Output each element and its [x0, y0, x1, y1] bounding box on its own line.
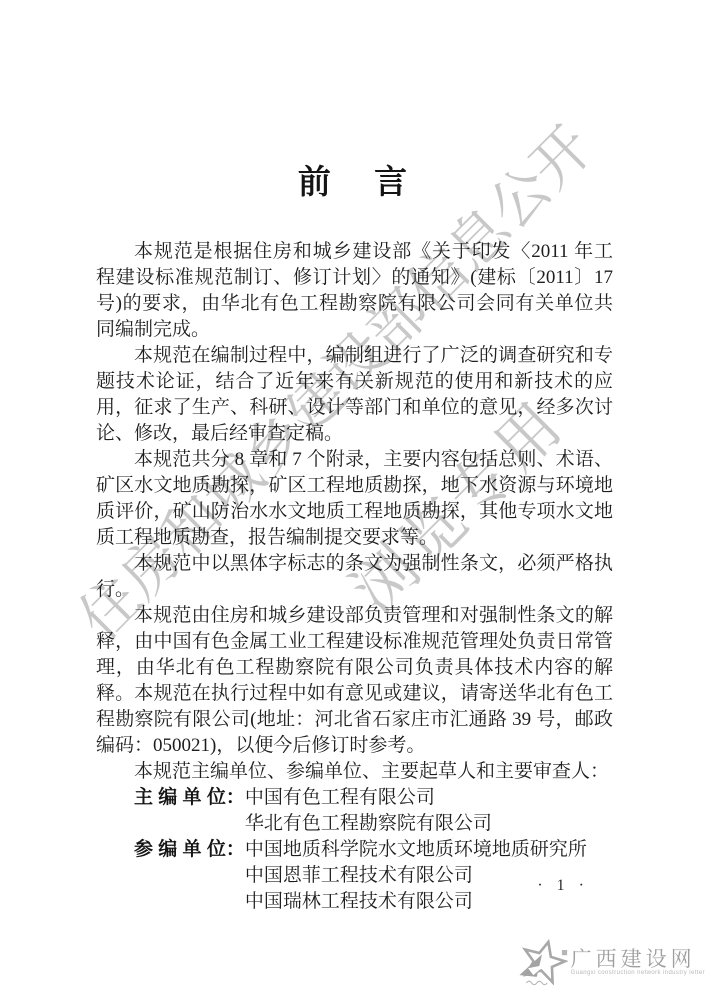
- unit-name: 中国地质科学院水文地质环境地质研究所: [245, 837, 613, 863]
- logo-tagline: Guangxi construction network industry le…: [571, 970, 705, 977]
- logo-text: 广西建设网 Guangxi construction network indus…: [571, 938, 705, 977]
- paragraph: 本规范在编制过程中，编制组进行了广泛的调查研究和专题技术论证，结合了近年来有关新…: [96, 343, 613, 447]
- chief-editor-label: 主 编 单 位: [134, 785, 226, 811]
- page-number: · 1 ·: [537, 877, 589, 895]
- co-editor-colon: ：: [226, 837, 245, 863]
- chief-editor-units: 中国有色工程有限公司 华北有色工程勘察院有限公司: [245, 785, 613, 837]
- co-editor-units: 中国地质科学院水文地质环境地质研究所 中国恩菲工程技术有限公司 中国瑞林工程技术…: [245, 837, 613, 915]
- paragraph: 本规范共分 8 章和 7 个附录，主要内容包括总则、术语、矿区水文地质勘探，矿区…: [96, 447, 613, 551]
- paragraph: 本规范中以黑体字标志的条文为强制性条文，必须严格执行。: [96, 551, 613, 603]
- paragraph: 本规范是根据住房和城乡建设部《关于印发〈2011 年工程建设标准规范制订、修订计…: [96, 239, 613, 343]
- content-layer: 前 言 本规范是根据住房和城乡建设部《关于印发〈2011 年工程建设标准规范制订…: [0, 0, 707, 991]
- chief-editor-colon: ：: [226, 785, 245, 811]
- unit-name: 华北有色工程勘察院有限公司: [245, 811, 613, 837]
- logo-site-name: 广西建设网: [571, 948, 705, 970]
- chief-editor-row: 主 编 单 位： 中国有色工程有限公司 华北有色工程勘察院有限公司: [134, 785, 613, 837]
- page-title: 前 言: [0, 156, 707, 203]
- paragraph: 本规范主编单位、参编单位、主要起草人和主要审查人：: [96, 759, 613, 785]
- body-text: 本规范是根据住房和城乡建设部《关于印发〈2011 年工程建设标准规范制订、修订计…: [96, 239, 613, 915]
- co-editor-label: 参 编 单 位: [134, 837, 226, 863]
- paragraph: 本规范由住房和城乡建设部负责管理和对强制性条文的解释，由中国有色金属工业工程建设…: [96, 603, 613, 759]
- co-editor-row: 参 编 单 位： 中国地质科学院水文地质环境地质研究所 中国恩菲工程技术有限公司…: [134, 837, 613, 915]
- star-icon: [516, 938, 568, 988]
- unit-name: 中国有色工程有限公司: [245, 785, 613, 811]
- site-logo: 广西建设网 Guangxi construction network indus…: [516, 938, 705, 988]
- document-page: 住房和城乡建设部信息公开 浏览专用 前 言 本规范是根据住房和城乡建设部《关于印…: [0, 0, 707, 991]
